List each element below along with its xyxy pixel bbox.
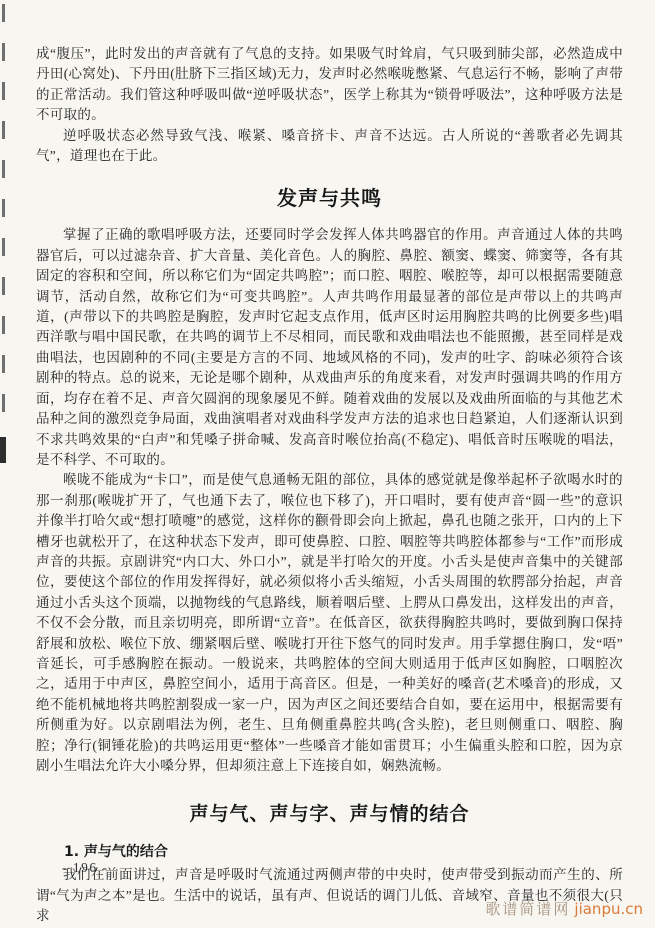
- paragraph-continuation: 成“腹压”，此时发出的声音就有了气息的支持。如果吸气时耸肩，气只吸到肺尖部，必然…: [36, 44, 623, 126]
- binding-marks: [2, 4, 5, 424]
- binding-mark: [0, 437, 6, 463]
- book-page: 成“腹压”，此时发出的声音就有了气息的支持。如果吸气时耸肩，气只吸到肺尖部，必然…: [0, 0, 655, 928]
- paragraph: 逆呼吸状态必然导致气浅、喉紧、嗓音挤卡、声音不达远。古人所说的“善歌者必先调其气…: [36, 126, 623, 167]
- watermark-site-url: jianpu.cn: [574, 900, 643, 918]
- page-content: 成“腹压”，此时发出的声音就有了气息的支持。如果吸气时耸肩，气只吸到肺尖部，必然…: [36, 44, 623, 927]
- section-title-voice-breath-word-emotion: 声与气、声与字、声与情的结合: [36, 799, 623, 826]
- watermark-site-name: 歌谱简谱网: [485, 900, 570, 918]
- subsection-title-voice-and-breath: 1. 声与气的结合: [36, 841, 623, 861]
- watermark: 歌谱简谱网jianpu.cn: [485, 898, 643, 919]
- page-number: - 196 -: [62, 860, 109, 876]
- paragraph: 喉咙不能成为“卡口”，而是使气息通畅无阻的部位，具体的感觉就是像举起杯子欲喝水时…: [36, 470, 623, 776]
- section-title-voice-and-resonance: 发声与共鸣: [36, 182, 623, 211]
- paragraph: 掌握了正确的歌唱呼吸方法，还要同时学会发挥人体共鸣器官的作用。声音通过人体的共鸣…: [36, 225, 623, 470]
